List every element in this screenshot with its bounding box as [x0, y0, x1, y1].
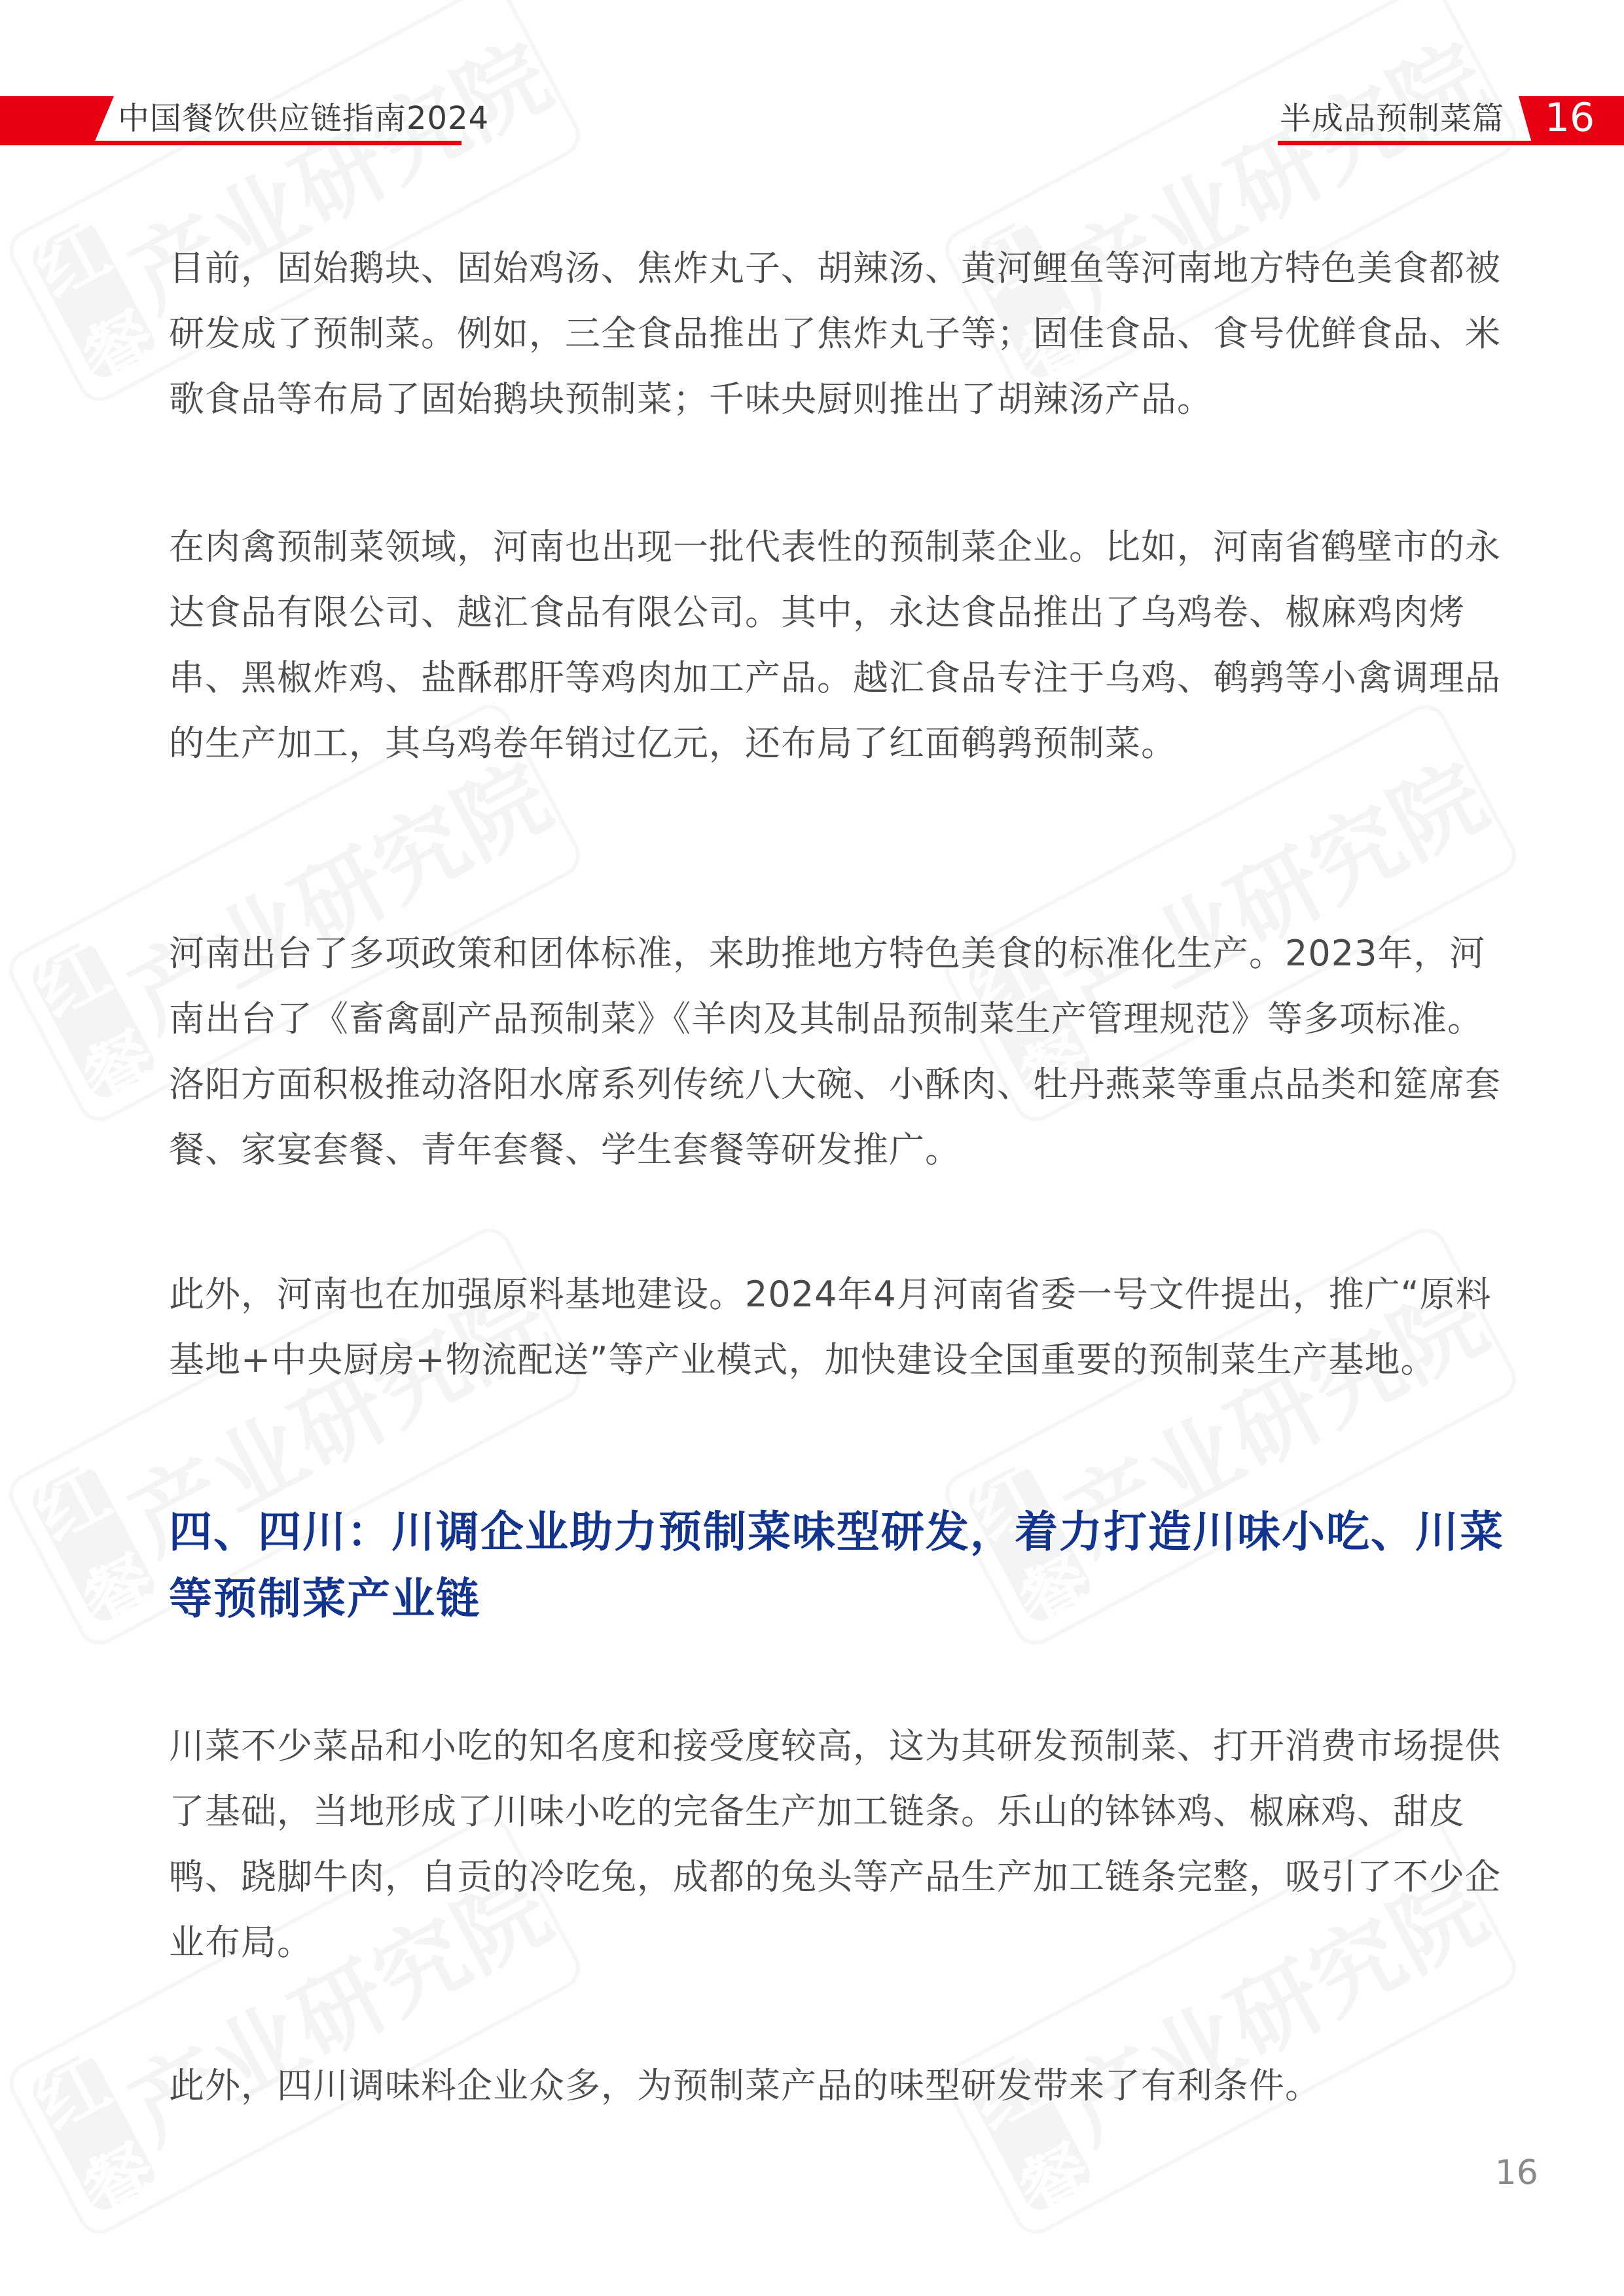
paragraph: 此外，河南也在加强原料基地建设。2024年4月河南省委一号文件提出，推广“原料基…	[169, 1262, 1511, 1393]
paragraph: 在肉禽预制菜领域，河南也出现一批代表性的预制菜企业。比如，河南省鹤壁市的永达食品…	[169, 514, 1511, 776]
report-title: 中国餐饮供应链指南2024	[118, 98, 489, 139]
paragraph: 川菜不少菜品和小吃的知名度和接受度较高，这为其研发预制菜、打开消费市场提供了基础…	[169, 1713, 1511, 1975]
watermark-logo: 红餐	[27, 2049, 160, 2215]
paragraph: 河南出台了多项政策和团体标准，来助推地方特色美食的标准化生产。2023年，河南出…	[169, 921, 1511, 1183]
header-left-underline	[0, 141, 461, 145]
watermark-logo: 红餐	[27, 217, 160, 383]
header-page-number: 16	[1524, 92, 1615, 144]
section-heading: 四、四川：川调企业助力预制菜味型研发，着力打造川味小吃、川菜等预制菜产业链	[169, 1499, 1543, 1632]
paragraph: 此外，四川调味料企业众多，为预制菜产品的味型研发带来了有利条件。	[169, 2053, 1511, 2119]
watermark-logo: 红餐	[27, 937, 160, 1103]
paragraph: 目前，固始鹅块、固始鸡汤、焦炸丸子、胡辣汤、黄河鲤鱼等河南地方特色美食都被研发成…	[169, 236, 1511, 432]
footer-page-number: 16	[1473, 2153, 1538, 2193]
header-left-red-tab	[0, 96, 114, 145]
watermark-logo: 红餐	[27, 1460, 160, 1626]
section-title: 半成品预制菜篇	[1280, 98, 1504, 139]
